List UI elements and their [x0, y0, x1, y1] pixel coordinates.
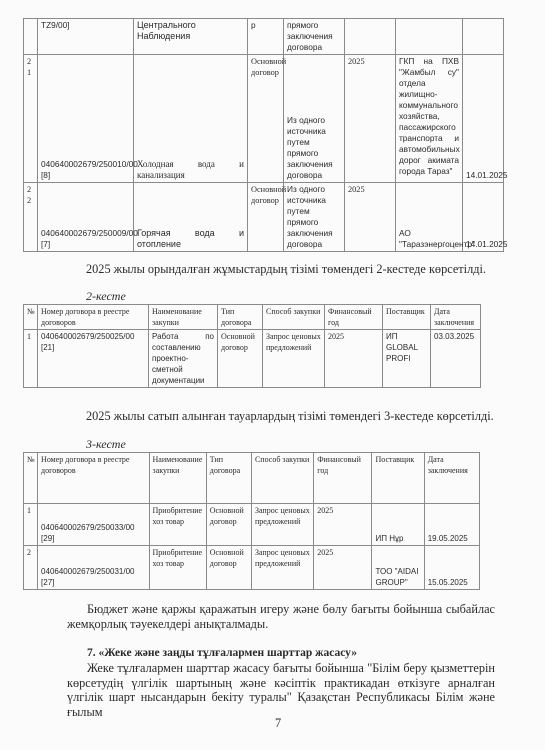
goods-intro-text: 2025 жылы сатып алынған тауарлардың тізі… — [86, 409, 494, 424]
header-supplier: Поставщик — [383, 305, 431, 330]
contracts-table-continued: TZ9/00] Центрального Наблюдения р прямог… — [23, 18, 504, 252]
cell-type: р — [248, 19, 284, 55]
cell-year: 2025 — [345, 183, 396, 252]
cell-num: 2 — [24, 546, 38, 590]
cell-registry: 040640002679/250031/00 [27] — [38, 546, 149, 590]
cell-num: 1 — [24, 330, 38, 388]
table3-caption: 3-кесте — [86, 437, 126, 452]
cell-supplier: АО "Таразэнергоцентр" — [396, 183, 463, 252]
cell-date: 19.05.2025 — [424, 504, 479, 546]
cell-num: 1 — [24, 504, 38, 546]
header-date: Дата заключения — [431, 305, 481, 330]
header-num: № — [24, 305, 38, 330]
cell-name: Приобритение хоз товар — [149, 546, 206, 590]
table-row: 1 040640002679/250033/00 [29] Приобритен… — [24, 504, 480, 546]
cell-registry: 040640002679/250010/00 [8] — [38, 55, 134, 183]
cell-method: Запрос ценовых предложений — [251, 504, 313, 546]
header-supplier: Поставщик — [372, 453, 424, 504]
works-intro-text: 2025 жылы орындалған жұмыстардың тізімі … — [86, 262, 486, 277]
cell-supplier: ГКП на ПХВ "Жамбыл су" отдела жилищно-ко… — [396, 55, 463, 183]
cell-year: 2025 — [345, 55, 396, 183]
cell-date: 14.01.2025 — [463, 55, 504, 183]
cell-year — [345, 19, 396, 55]
header-name: Наименование закупки — [149, 453, 206, 504]
cell-type: Основной договор — [248, 55, 284, 183]
cell-date — [463, 19, 504, 55]
table-row: 2 2 040640002679/250009/00 [7] Горячая в… — [24, 183, 504, 252]
table2-caption: 2-кесте — [86, 289, 126, 304]
header-date: Дата заключения — [424, 453, 479, 504]
table-header-row: № Номер договора в реестре договоров Наи… — [24, 305, 481, 330]
header-method: Способ закупки — [251, 453, 313, 504]
cell-num: 2 1 — [24, 55, 38, 183]
header-year: Финансовый год — [325, 305, 383, 330]
header-method: Способ закупки — [263, 305, 325, 330]
cell-type: Основной договор — [248, 183, 284, 252]
header-num: № — [24, 453, 38, 504]
header-registry: Номер договора в реестре договоров — [38, 305, 149, 330]
cell-name: Центрального Наблюдения — [134, 19, 248, 55]
table-row: TZ9/00] Центрального Наблюдения р прямог… — [24, 19, 504, 55]
cell-date: 14.01.2025 — [463, 183, 504, 252]
cell-year: 2025 — [325, 330, 383, 388]
cell-year: 2025 — [314, 546, 372, 590]
cell-name: Работа по составлению проектно-сметной д… — [149, 330, 218, 388]
cell-supplier: ИП Нұр — [372, 504, 424, 546]
cell-name: Горячая вода и отопление — [134, 183, 248, 252]
cell-registry: TZ9/00] — [38, 19, 134, 55]
cell-date: 15.05.2025 — [424, 546, 479, 590]
cell-date: 03.03.2025 — [431, 330, 481, 388]
section7-body: Жеке тұлғалармен шарттар жасасу бағыты б… — [67, 661, 495, 719]
table-row: 2 1 040640002679/250010/00 [8] Холодная … — [24, 55, 504, 183]
goods-table: № Номер договора в реестре договоров Наи… — [23, 452, 480, 590]
cell-method: Запрос ценовых предложений — [263, 330, 325, 388]
conclusion-paragraph: Бюджет және қаржы қаражатын игеру және б… — [67, 602, 495, 631]
cell-num: 2 2 — [24, 183, 38, 252]
header-type: Тип договора — [206, 453, 251, 504]
header-type: Тип договора — [218, 305, 263, 330]
table-row: 1 040640002679/250025/00 [21] Работа по … — [24, 330, 481, 388]
section7-heading: 7. «Жеке және заңды тұлғалармен шарттар … — [87, 647, 357, 659]
header-registry: Номер договора в реестре договоров — [38, 453, 149, 504]
cell-registry: 040640002679/250033/00 [29] — [38, 504, 149, 546]
cell-supplier: ТОО "AIDAI GROUP" — [372, 546, 424, 590]
cell-method: прямого заключения договора — [284, 19, 345, 55]
cell-type: Основной договор — [206, 504, 251, 546]
cell-supplier: ИП GLOBAL PROFI — [383, 330, 431, 388]
cell-method: Запрос ценовых предложений — [251, 546, 313, 590]
page-number: 7 — [275, 716, 281, 731]
table-row: 2 040640002679/250031/00 [27] Приобритен… — [24, 546, 480, 590]
cell-name: Приобритение хоз товар — [149, 504, 206, 546]
cell-registry: 040640002679/250025/00 [21] — [38, 330, 149, 388]
cell-num — [24, 19, 38, 55]
cell-name: Холодная вода и канализация — [134, 55, 248, 183]
cell-type: Основной договор — [218, 330, 263, 388]
cell-method: Из одного источника путем прямого заключ… — [284, 55, 345, 183]
cell-method: Из одного источника путем прямого заключ… — [284, 183, 345, 252]
cell-supplier — [396, 19, 463, 55]
table-header-row: № Номер договора в реестре договоров Наи… — [24, 453, 480, 504]
works-table: № Номер договора в реестре договоров Наи… — [23, 304, 481, 388]
header-name: Наименование закупки — [149, 305, 218, 330]
cell-type: Основной договор — [206, 546, 251, 590]
cell-year: 2025 — [314, 504, 372, 546]
header-year: Финансовый год — [314, 453, 372, 504]
cell-registry: 040640002679/250009/00 [7] — [38, 183, 134, 252]
